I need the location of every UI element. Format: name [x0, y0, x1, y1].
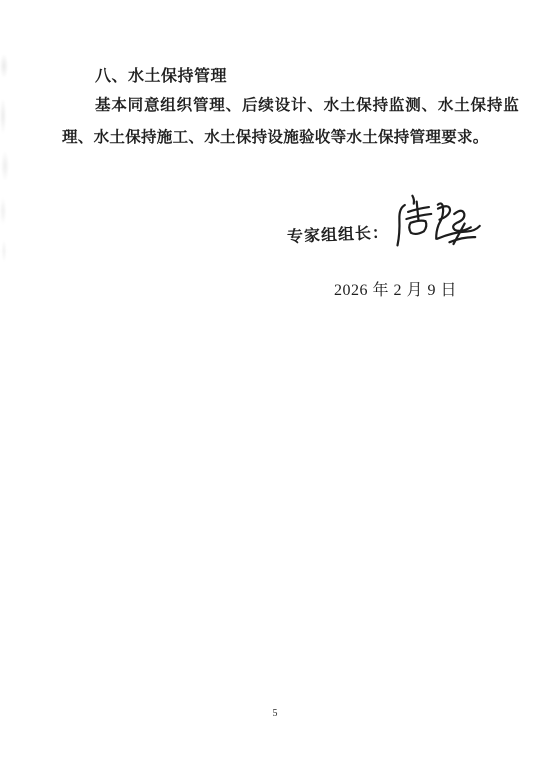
- handwritten-signature: [391, 190, 483, 254]
- signature-row: 专家组组长：: [285, 190, 487, 260]
- paragraph-line-2: 理、水土保持施工、水土保持设施验收等水土保持管理要求。: [62, 125, 489, 147]
- scan-edge-artifact: [0, 26, 13, 271]
- page-number: 5: [265, 708, 285, 719]
- date-line: 2026 年 2 月 9 日: [334, 277, 457, 300]
- signature-label: 专家组组长：: [286, 220, 389, 247]
- document-page: 八、水土保持管理 基本同意组织管理、后续设计、水土保持监测、水土保持监理 理、水…: [0, 0, 555, 768]
- section-heading: 八、水土保持管理: [95, 63, 227, 86]
- paragraph-line-1: 基本同意组织管理、后续设计、水土保持监测、水土保持监理: [95, 93, 519, 115]
